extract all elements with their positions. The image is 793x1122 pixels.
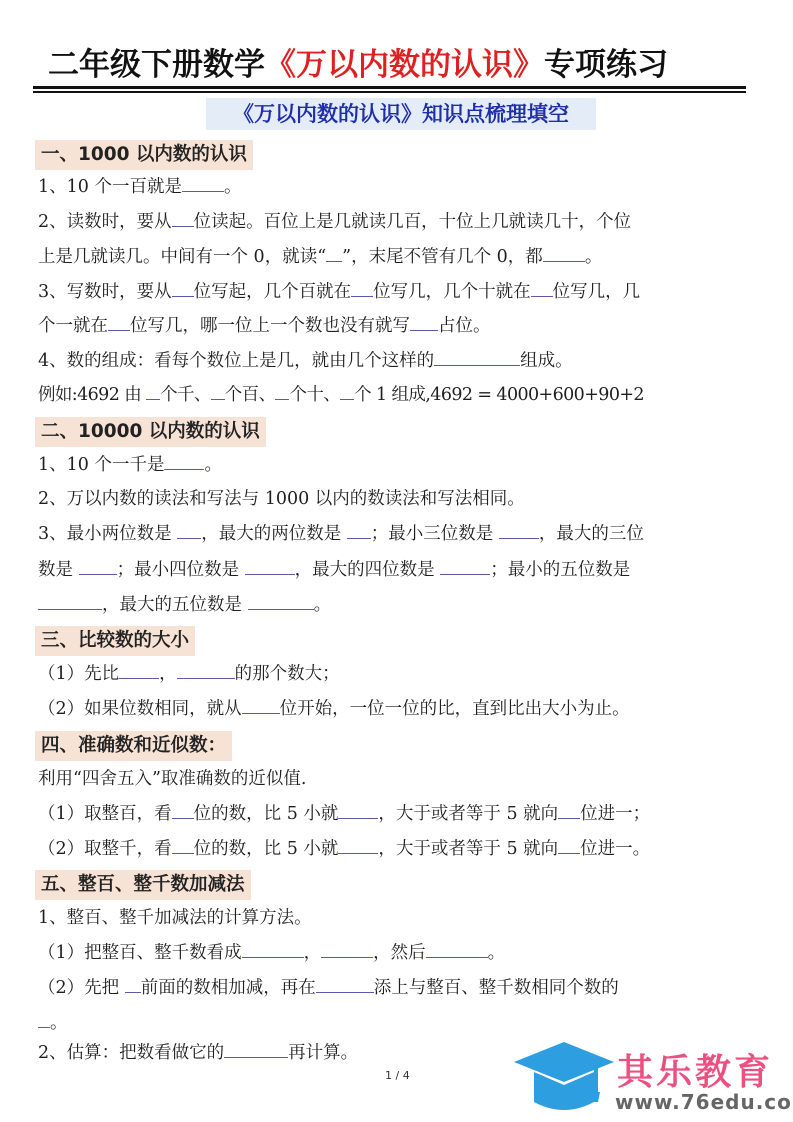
fill-blank[interactable] — [558, 837, 580, 854]
text-line: 2、估算：把数看做它的再计算。 — [38, 1040, 358, 1066]
text-line: 4、数的组成：看每个数位上是几，就由几个这样的组成。 — [38, 348, 573, 374]
fill-blank[interactable] — [172, 802, 194, 819]
title-rule-thin — [33, 91, 746, 93]
fill-blank[interactable] — [119, 662, 159, 679]
fill-blank[interactable] — [211, 383, 225, 400]
text-line: 利用“四舍五入”取准确数的近似值. — [38, 766, 306, 792]
text-line: （2）先把 前面的数相加减，再在添上与整百、整千数相同个数的 — [38, 975, 619, 1001]
text-line: 数是 ；最小四位数是 ，最大的四位数是 ；最小的五位数是 — [38, 557, 630, 583]
section-heading-2: 二、10000 以内数的认识 — [35, 417, 266, 447]
section-heading-4: 四、准确数和近似数： — [35, 731, 232, 761]
text-line: 1、10 个一千是。 — [38, 452, 222, 478]
fill-blank[interactable] — [242, 941, 304, 958]
text-line: （2）如果位数相同，就从位开始，一位一位的比，直到比出大小为止。 — [38, 696, 630, 722]
brand-logo: 其乐教育 www.76edu.com — [512, 1040, 787, 1118]
fill-blank[interactable] — [440, 558, 490, 575]
text-line: 。 — [38, 1010, 68, 1036]
fill-blank[interactable] — [146, 383, 160, 400]
page-number: 1 / 4 — [385, 1069, 410, 1082]
fill-blank[interactable] — [224, 1041, 288, 1058]
fill-blank[interactable] — [38, 1011, 50, 1028]
fill-blank[interactable] — [242, 697, 280, 714]
section-heading-5: 五、整百、整千数加减法 — [35, 870, 251, 900]
graduation-cap-icon — [512, 1040, 622, 1118]
fill-blank[interactable] — [172, 837, 194, 854]
text-line: 个一就在位写几，哪一位上一个数也没有就写占位。 — [38, 313, 491, 339]
text-line: （1）先比，的那个数大； — [38, 661, 340, 687]
fill-blank[interactable] — [79, 558, 117, 575]
fill-blank[interactable] — [172, 280, 194, 297]
text-line: （2）取整千，看位的数，比 5 小就，大于或者等于 5 就向位进一。 — [38, 836, 650, 862]
text-line: 例如:4692 由 个千、个百、个十、个 1 组成,4692 = 4000+60… — [38, 382, 644, 408]
fill-blank[interactable] — [177, 522, 201, 539]
fill-blank[interactable] — [338, 837, 378, 854]
fill-blank[interactable] — [543, 245, 585, 262]
title-part-red: 《万以内数的认识》 — [265, 47, 544, 83]
title-part-2: 专项练习 — [544, 47, 668, 83]
subtitle-banner: 《万以内数的认识》知识点梳理填空 — [206, 98, 596, 130]
logo-name: 其乐教育 — [617, 1044, 773, 1095]
fill-blank[interactable] — [172, 210, 194, 227]
fill-blank[interactable] — [340, 383, 354, 400]
section-heading-3: 三、比较数的大小 — [35, 626, 195, 656]
fill-blank[interactable] — [182, 175, 224, 192]
fill-blank[interactable] — [338, 802, 378, 819]
text-line: 2、万以内数的读法和写法与 1000 以内的数读法和写法相同。 — [38, 486, 525, 512]
fill-blank[interactable] — [321, 941, 373, 958]
fill-blank[interactable] — [275, 383, 289, 400]
fill-blank[interactable] — [426, 941, 488, 958]
page-title: 二年级下册数学《万以内数的认识》专项练习 — [48, 44, 748, 86]
text-line: 2、读数时，要从位读起。百位上是几就读几百，十位上几就读几十，个位 — [38, 209, 631, 235]
fill-blank[interactable] — [558, 802, 580, 819]
text-line: 1、10 个一百就是。 — [38, 174, 241, 200]
text-line: 上是几就读几。中间有一个 0，就读“”，末尾不管有几个 0，都。 — [38, 244, 602, 270]
fill-blank[interactable] — [316, 976, 374, 993]
title-rule-thick — [33, 86, 746, 89]
fill-blank[interactable] — [499, 522, 539, 539]
text-line: 1、整百、整千加减法的计算方法。 — [38, 905, 312, 931]
fill-blank[interactable] — [531, 280, 553, 297]
section-heading-1: 一、1000 以内数的认识 — [35, 140, 253, 170]
fill-blank[interactable] — [434, 349, 520, 366]
fill-blank[interactable] — [347, 522, 371, 539]
fill-blank[interactable] — [351, 280, 373, 297]
text-line: （1）把整百、整千数看成，，然后。 — [38, 940, 505, 966]
fill-blank[interactable] — [125, 976, 141, 993]
fill-blank[interactable] — [410, 314, 438, 331]
logo-url: www.76edu.com — [615, 1090, 793, 1114]
text-line: 3、最小两位数是 ，最大的两位数是 ；最小三位数是 ，最大的三位 — [38, 521, 644, 547]
text-line: 3、写数时，要从位写起，几个百就在位写几，几个十就在位写几，几 — [38, 279, 640, 305]
fill-blank[interactable] — [164, 453, 204, 470]
fill-blank[interactable] — [38, 593, 102, 610]
fill-blank[interactable] — [326, 245, 342, 262]
fill-blank[interactable] — [108, 314, 130, 331]
title-part-1: 二年级下册数学 — [48, 47, 265, 83]
text-line: （1）取整百，看位的数，比 5 小就，大于或者等于 5 就向位进一； — [38, 801, 650, 827]
fill-blank[interactable] — [245, 558, 295, 575]
fill-blank[interactable] — [177, 662, 235, 679]
text-line: ，最大的五位数是 。 — [38, 592, 331, 618]
fill-blank[interactable] — [248, 593, 314, 610]
